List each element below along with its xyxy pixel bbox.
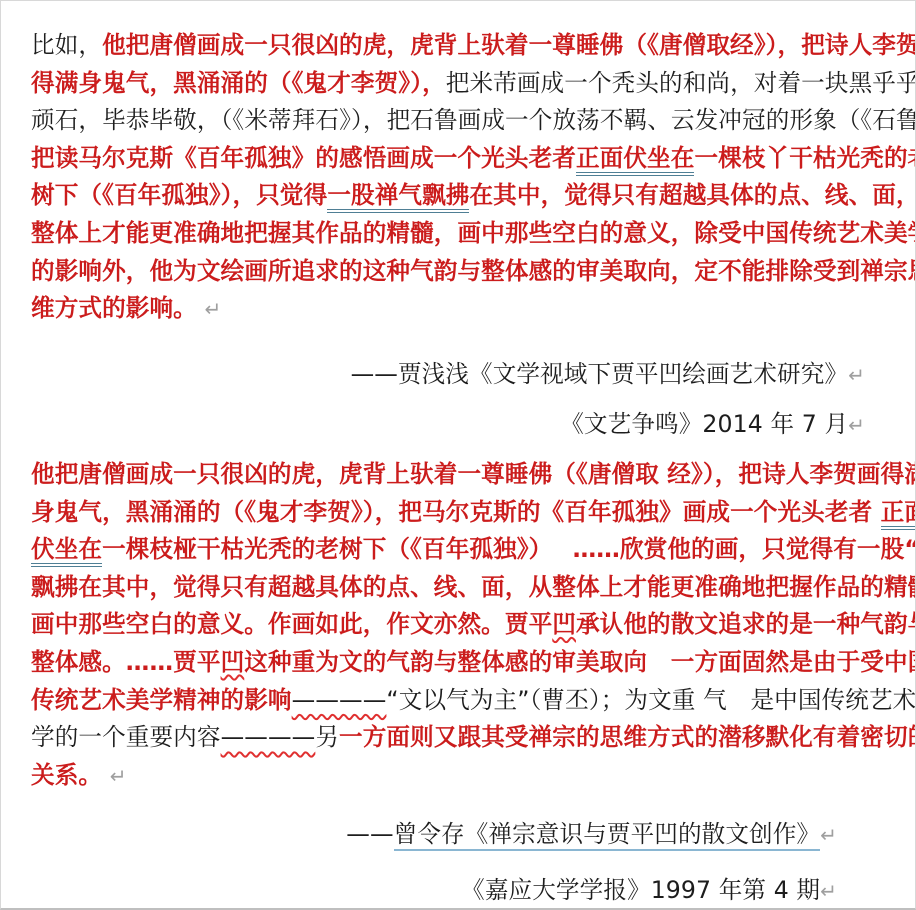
text-line: 的影响外，他为文绘画所追求的这种气韵与整体感的审美取向，定不能排除受到禅宗思 xyxy=(31,253,885,291)
text-run: 的影响外，他为文绘画所追求的这种气韵与整体感的审美取向，定不能排除受到禅宗思 xyxy=(31,257,916,285)
text-run: 承认他的散文追求的是一种气韵与 xyxy=(576,610,916,638)
text-run: 凹 xyxy=(552,610,576,638)
text-run: 画中那些空白的意义。作画如此，作文亦然。贾平 xyxy=(31,610,552,638)
citation-1: ——贾浅浅《文学视域下贾平凹绘画艺术研究》↵ xyxy=(31,356,885,394)
text-run: 关系。 xyxy=(31,761,102,789)
text-run: 一棵枝桠干枯光秃的老树下（《百年孤独》） ……欣赏他的画，只觉得有一股“气” xyxy=(102,535,916,563)
text-run: 在其中，觉得只有超越具体的点、线、面，从 xyxy=(469,181,916,209)
citation-4: 《嘉应大学学报》1997 年第 4 期↵ xyxy=(31,872,885,910)
paragraph-mark-icon: ↵ xyxy=(848,363,865,387)
text-run xyxy=(102,761,110,789)
document-page: 比如，他把唐僧画成一只很凶的虎，虎背上驮着一尊睡佛（《唐僧取经》），把诗人李贺画… xyxy=(0,0,916,910)
text-line: 比如，他把唐僧画成一只很凶的虎，虎背上驮着一尊睡佛（《唐僧取经》），把诗人李贺画 xyxy=(31,27,885,65)
text-run: 维方式的影响。 xyxy=(31,294,197,322)
text-run: 顽石，毕恭毕敬，（《米蒂拜石》），把石鲁画成一个放荡不羁、云发冲冠的形象（《石鲁… xyxy=(31,106,916,134)
citation-2: 《文艺争鸣》2014 年 7 月↵ xyxy=(31,406,885,444)
text-run: ———— xyxy=(221,723,316,751)
text-run: “文以气为主”（曹丕）；为文重 气 是中国传统艺术美 xyxy=(386,686,916,714)
text-run: 他把唐僧画成一只很凶的虎，虎背上驮着一尊睡佛（《唐僧取经》），把诗人李贺画 xyxy=(102,31,916,59)
paragraph-mark-icon: ↵ xyxy=(204,297,221,321)
paragraph-mark-icon: ↵ xyxy=(820,879,837,903)
text-line: 飘拂在其中，觉得只有超越具体的点、线、面，从整体上才能更准确地把握作品的精髓， xyxy=(31,569,885,607)
text-run: 身鬼气，黑涌涌的（《鬼才李贺》），把马尔克斯的《百年孤独》画成一个光头老者 xyxy=(31,498,881,526)
text-run: ——贾浅浅《文学视域下贾平凹绘画艺术研究》 xyxy=(351,360,849,388)
text-run: 一棵枝丫干枯光秃的老 xyxy=(694,144,916,172)
text-run: —— xyxy=(346,820,393,848)
text-line: 把读马尔克斯《百年孤独》的感悟画成一个光头老者正面伏坐在一棵枝丫干枯光秃的老 xyxy=(31,140,885,178)
text-run: 树下（《百年孤独》），只觉得 xyxy=(31,181,327,209)
text-line: 《文艺争鸣》2014 年 7 月↵ xyxy=(31,406,885,444)
text-run: 把读马尔克斯《百年孤独》的感悟画成一个光头老者 xyxy=(31,144,576,172)
text-run: 他把唐僧画成一只很凶的虎，虎背上驮着一尊睡佛（《唐僧取 经》），把诗人李贺画得满 xyxy=(31,460,916,488)
text-run: 得满身鬼气，黑涌涌的（《鬼才李贺》）， xyxy=(31,69,446,97)
paragraph-mark-icon: ↵ xyxy=(110,764,127,788)
text-line: ——曾令存《禅宗意识与贾平凹的散文创作》↵ xyxy=(31,816,885,854)
text-run: 正面伏坐在 xyxy=(576,144,694,176)
text-line: 学的一个重要内容————另一方面则又跟其受禅宗的思维方式的潜移默化有着密切的 xyxy=(31,719,885,757)
paragraph-mark-icon: ↵ xyxy=(820,823,837,847)
text-line: 顽石，毕恭毕敬，（《米蒂拜石》），把石鲁画成一个放荡不羁、云发冲冠的形象（《石鲁… xyxy=(31,102,885,140)
text-run: 《文艺争鸣》2014 年 7 月 xyxy=(560,410,848,438)
text-run: 比如， xyxy=(31,31,102,59)
document-content: 比如，他把唐僧画成一只很凶的虎，虎背上驮着一尊睡佛（《唐僧取经》），把诗人李贺画… xyxy=(31,27,885,909)
text-run: 《嘉应大学学报》1997 年第 4 期 xyxy=(461,876,820,904)
text-run: 曾令存《禅宗意识与贾平凹的散文创作》 xyxy=(394,820,821,851)
text-run: 传统艺术美学精神的影响 xyxy=(31,686,292,714)
text-run: 一股禅气飘拂 xyxy=(327,181,469,213)
text-run: 一方面则又跟其受禅宗的思维方式的潜移默化有着密切的 xyxy=(339,723,916,751)
paragraph-mark-icon: ↵ xyxy=(848,413,865,437)
text-line: 维方式的影响。 ↵ xyxy=(31,290,885,328)
text-line: 得满身鬼气，黑涌涌的（《鬼才李贺》），把米芾画成一个秃头的和尚，对着一块黑乎乎的 xyxy=(31,65,885,103)
paragraph-1: 比如，他把唐僧画成一只很凶的虎，虎背上驮着一尊睡佛（《唐僧取经》），把诗人李贺画… xyxy=(31,27,885,328)
text-line: ——贾浅浅《文学视域下贾平凹绘画艺术研究》↵ xyxy=(31,356,885,394)
text-line: 整体感。……贾平凹这种重为文的气韵与整体感的审美取向 一方面固然是由于受中国 xyxy=(31,644,885,682)
text-run: 这种重为文的气韵与整体感的审美取向 一方面固然是由于受中国 xyxy=(244,648,916,676)
text-run: 凹 xyxy=(221,648,245,676)
text-run: 正面 xyxy=(881,498,916,530)
text-line: 传统艺术美学精神的影响————“文以气为主”（曹丕）；为文重 气 是中国传统艺术… xyxy=(31,682,885,720)
text-run: 另 xyxy=(315,723,339,751)
text-line: 整体上才能更准确地把握其作品的精髓，画中那些空白的意义，除受中国传统艺术美学 xyxy=(31,215,885,253)
text-line: 身鬼气，黑涌涌的（《鬼才李贺》），把马尔克斯的《百年孤独》画成一个光头老者 正面 xyxy=(31,494,885,532)
text-line: 《嘉应大学学报》1997 年第 4 期↵ xyxy=(31,872,885,910)
citation-3: ——曾令存《禅宗意识与贾平凹的散文创作》↵ xyxy=(31,816,885,854)
text-run: 伏坐在 xyxy=(31,535,102,567)
paragraph-2: 他把唐僧画成一只很凶的虎，虎背上驮着一尊睡佛（《唐僧取 经》），把诗人李贺画得满… xyxy=(31,456,885,794)
text-line: 关系。 ↵ xyxy=(31,757,885,795)
text-run: 整体上才能更准确地把握其作品的精髓，画中那些空白的意义，除受中国传统艺术美学 xyxy=(31,219,916,247)
text-run: 整体感。……贾平 xyxy=(31,648,221,676)
text-run: 飘拂在其中，觉得只有超越具体的点、线、面，从整体上才能更准确地把握作品的精髓， xyxy=(31,573,916,601)
text-run: 学的一个重要内容 xyxy=(31,723,221,751)
text-line: 画中那些空白的意义。作画如此，作文亦然。贾平凹承认他的散文追求的是一种气韵与 xyxy=(31,606,885,644)
text-line: 伏坐在一棵枝桠干枯光秃的老树下（《百年孤独》） ……欣赏他的画，只觉得有一股“气… xyxy=(31,531,885,569)
text-run: 把米芾画成一个秃头的和尚，对着一块黑乎乎的 xyxy=(446,69,916,97)
text-line: 树下（《百年孤独》），只觉得一股禅气飘拂在其中，觉得只有超越具体的点、线、面，从 xyxy=(31,177,885,215)
text-line: 他把唐僧画成一只很凶的虎，虎背上驮着一尊睡佛（《唐僧取 经》），把诗人李贺画得满 xyxy=(31,456,885,494)
text-run: ———— xyxy=(292,686,387,714)
